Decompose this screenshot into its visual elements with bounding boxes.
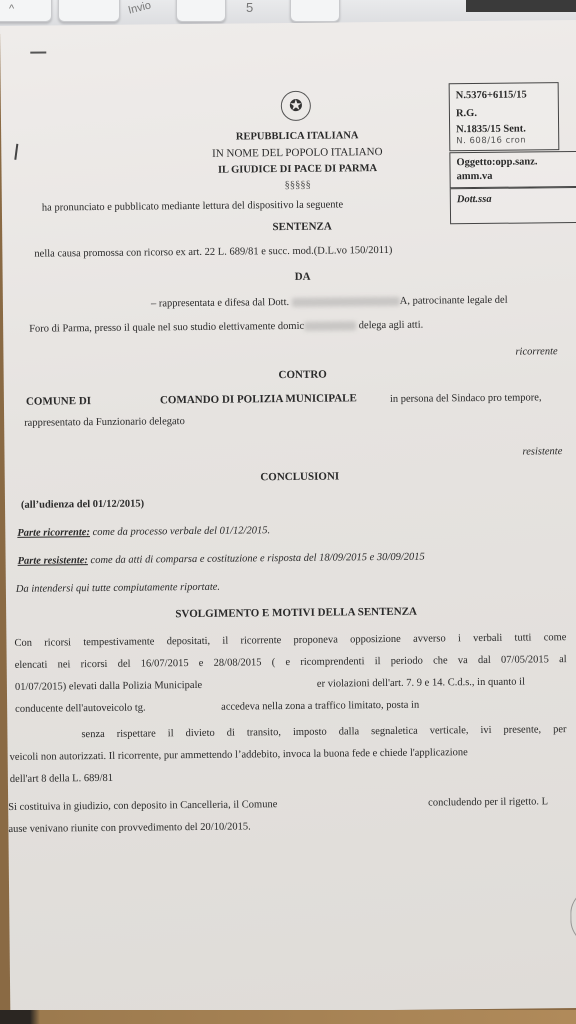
da-line2-text: Foro di Parma, presso il quale nel suo s… bbox=[29, 321, 304, 335]
svolgimento-line: er violazioni dell'art. 7. 9 e 14. C.d.s… bbox=[317, 677, 525, 690]
subject-label: Oggetto:opp.sanz. bbox=[456, 155, 570, 170]
svolgimento-line: elencati nei ricorsi del 16/07/2015 e 28… bbox=[15, 654, 567, 671]
key-label: ^ bbox=[9, 3, 14, 15]
redacted-text bbox=[304, 321, 356, 331]
da-line2-tail: delega agli atti. bbox=[359, 320, 424, 332]
emblem-icon: ✪ bbox=[281, 91, 311, 121]
svolgimento-line: Si costituiva in giudizio, con deposito … bbox=[8, 799, 277, 813]
svolgimento-line: dell'art 8 della L. 689/81 bbox=[10, 773, 113, 785]
key-label: 5 bbox=[246, 0, 253, 15]
svolgimento-line: senza rispettare il divieto di transito,… bbox=[81, 724, 576, 740]
keyboard-key: 5 bbox=[238, 0, 286, 20]
parte-ricorrente-line: Parte ricorrente: come da processo verba… bbox=[17, 525, 270, 539]
sentenza-cause: nella causa promossa con ricorso ex art.… bbox=[34, 245, 392, 260]
document-page: ✪ N.5376+6115/15 R.G. N.1835/15 Sent. N.… bbox=[0, 20, 576, 1014]
svolgimento-line: 01/07/2015) elevati dalla Polizia Munici… bbox=[15, 680, 202, 693]
subject-box: Oggetto:opp.sanz. amm.va bbox=[449, 151, 576, 188]
republic-heading: REPUBBLICA ITALIANA bbox=[197, 130, 397, 143]
da-line-2: Foro di Parma, presso il quale nel suo s… bbox=[29, 320, 423, 335]
judge-name: Dott.ssa bbox=[457, 191, 571, 208]
udienza-line: (all’udienza del 01/12/2015) bbox=[21, 499, 144, 511]
pen-circle-mark bbox=[570, 888, 576, 946]
comando-label: COMANDO DI POLIZIA MUNICIPALE bbox=[160, 392, 357, 406]
conclusioni-title: CONCLUSIONI bbox=[235, 470, 365, 483]
rappresentato-line: rappresentato da Funzionario delegato bbox=[24, 416, 185, 429]
svolgimento-line: accedeva nella zona a traffico limitato,… bbox=[221, 700, 419, 713]
ricorrente-role: ricorrente bbox=[515, 346, 557, 357]
da-title: DA bbox=[263, 270, 343, 283]
case-rg-label: R.G. bbox=[456, 104, 552, 123]
contro-title: CONTRO bbox=[248, 368, 358, 381]
case-number-box: N.5376+6115/15 R.G. N.1835/15 Sent. N. 6… bbox=[449, 82, 560, 151]
handwritten-cron-number: N. 608/16 cron bbox=[456, 136, 552, 146]
da-line1-tail: A, patrocinante legale del bbox=[400, 295, 508, 307]
resistente-role: resistente bbox=[522, 446, 562, 457]
in-name-heading: IN NOME DEL POPOLO ITALIANO bbox=[187, 146, 407, 160]
judge-box: Dott.ssa bbox=[450, 187, 576, 224]
da-line1-text: – rappresentata e difesa dal Dott. bbox=[151, 297, 289, 309]
parte-ricorrente-text: come da processo verbale del 01/12/2015. bbox=[93, 525, 271, 538]
keyboard-key: ^ bbox=[0, 0, 52, 22]
pronounced-line: ha pronunciato e pubblicato mediante let… bbox=[42, 199, 343, 213]
persona-line: in persona del Sindaco pro tempore, bbox=[390, 392, 542, 405]
redacted-lawyer-name bbox=[292, 297, 400, 307]
key-label: Invio bbox=[127, 0, 152, 17]
keyboard-key bbox=[176, 0, 226, 22]
intendersi-line: Da intendersi qui tutte compiutamente ri… bbox=[16, 582, 220, 595]
judge-heading: IL GIUDICE DI PACE DI PARMA bbox=[187, 163, 407, 176]
svolgimento-line: concludendo per il rigetto. L bbox=[428, 796, 548, 808]
parte-resistente-text: come da atti di comparsa e costituzione … bbox=[90, 552, 424, 566]
da-line-1: – rappresentata e difesa dal Dott. A, pa… bbox=[151, 295, 508, 310]
keyboard-key-invio: Invio bbox=[124, 0, 168, 20]
sentenza-title: SENTENZA bbox=[232, 220, 372, 233]
comune-label: COMUNE DI bbox=[26, 395, 91, 408]
case-rg-number: N.5376+6115/15 bbox=[456, 86, 552, 105]
svolgimento-line: Con ricorsi tempestivamente depositati, … bbox=[14, 632, 566, 649]
parte-resistente-line: Parte resistente: come da atti di compar… bbox=[18, 552, 425, 567]
svolgimento-title: SVOLGIMENTO E MOTIVI DELLA SENTENZA bbox=[146, 605, 446, 620]
svolgimento-line: veicoli non autorizzati. Il ricorrente, … bbox=[10, 747, 468, 763]
pencil-mark bbox=[14, 144, 18, 160]
svolgimento-line: ause venivano riunite con provvedimento … bbox=[8, 821, 250, 835]
desk-surface bbox=[0, 1010, 576, 1024]
dark-edge bbox=[466, 0, 576, 12]
keyboard-key bbox=[58, 0, 120, 22]
keyboard-key bbox=[290, 0, 340, 22]
section-separator: §§§§§ bbox=[248, 179, 348, 191]
parte-ricorrente-label: Parte ricorrente: bbox=[17, 527, 90, 539]
subject-value: amm.va bbox=[457, 169, 571, 184]
svolgimento-line: conducente dell'autoveicolo tg. bbox=[15, 703, 146, 715]
pen-dash-mark bbox=[30, 52, 46, 54]
parte-resistente-label: Parte resistente: bbox=[18, 555, 88, 567]
